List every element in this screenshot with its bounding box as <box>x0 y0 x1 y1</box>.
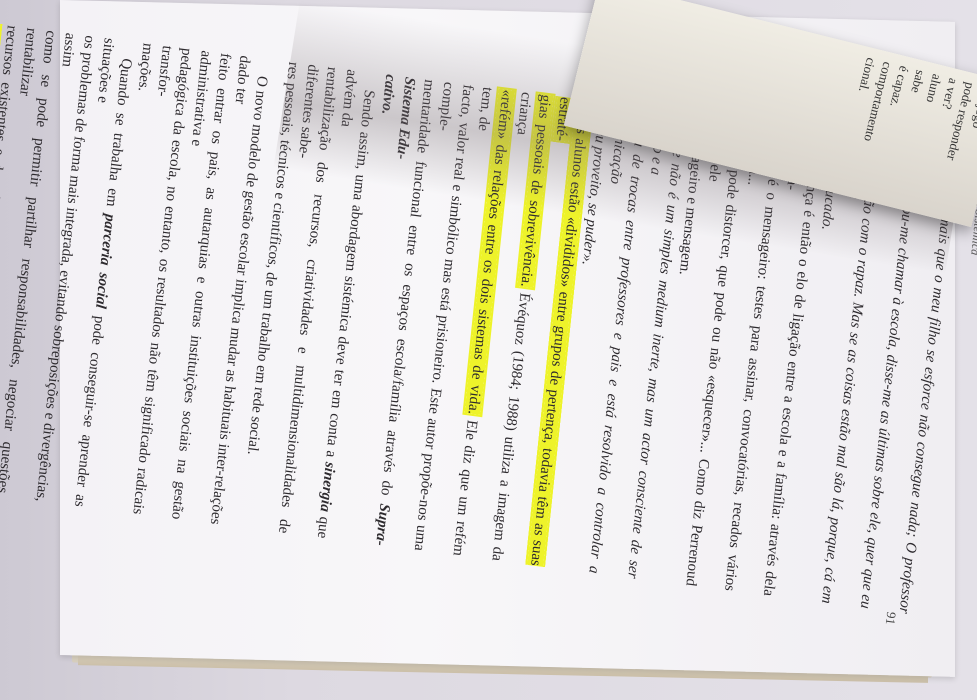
page-number: 91 <box>882 611 899 626</box>
